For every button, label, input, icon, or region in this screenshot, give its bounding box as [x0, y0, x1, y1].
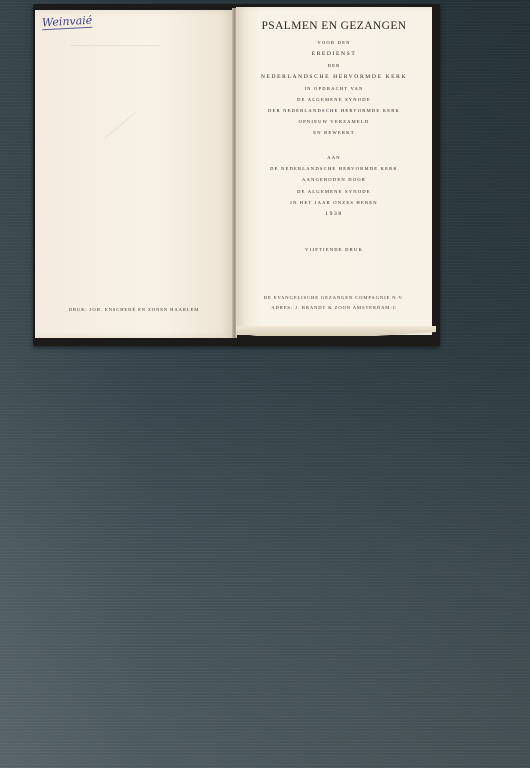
- book-title: PSALMEN EN GEZANGEN: [236, 20, 432, 32]
- title-page-line: EREDIENST: [236, 51, 432, 57]
- publisher-line-1: DE EVANGELISCHE GEZANGEN COMPAGNIE N.V.: [236, 295, 432, 300]
- publisher-line-2: ADRES: J. BRANDT & ZOON AMSTERDAM-C: [236, 305, 432, 310]
- title-page-line: EN BEWERKT: [236, 130, 432, 135]
- title-page-line: DE ALGEMENE SYNODE: [236, 97, 432, 102]
- title-page-line: NEDERLANDSCHE HERVORMDE KERK: [236, 74, 432, 80]
- title-page-line: DER: [236, 63, 432, 68]
- title-page-line: IN HET JAAR ONZES HEREN: [236, 200, 432, 205]
- title-page-line: AANGEBODEN DOOR: [236, 177, 432, 182]
- title-page-line: DER NEDERLANDSCHE HERVORMDE KERK: [236, 108, 432, 113]
- title-page-line: DE NEDERLANDSCHE HERVORMDE KERK: [236, 166, 432, 171]
- title-page-line: 1938: [236, 211, 432, 217]
- title-page-line: DE ALGEMENE SYNODE: [236, 189, 432, 194]
- title-page-line: OPNIEUW VERZAMELD: [236, 119, 432, 124]
- edition-line: VIJFTIENDE DRUK: [236, 247, 432, 252]
- left-page: [35, 10, 233, 338]
- printer-line: DRUK: JOH. ENSCHEDÉ EN ZONEN HAARLEM: [35, 307, 233, 312]
- title-page-line: IN OPDRACHT VAN: [236, 86, 432, 91]
- title-page-line: VOOR DEN: [236, 40, 432, 45]
- handwritten-signature: Weinvaié: [42, 15, 93, 31]
- title-page-line: AAN: [236, 155, 432, 160]
- faint-pencil-mark: [70, 45, 160, 46]
